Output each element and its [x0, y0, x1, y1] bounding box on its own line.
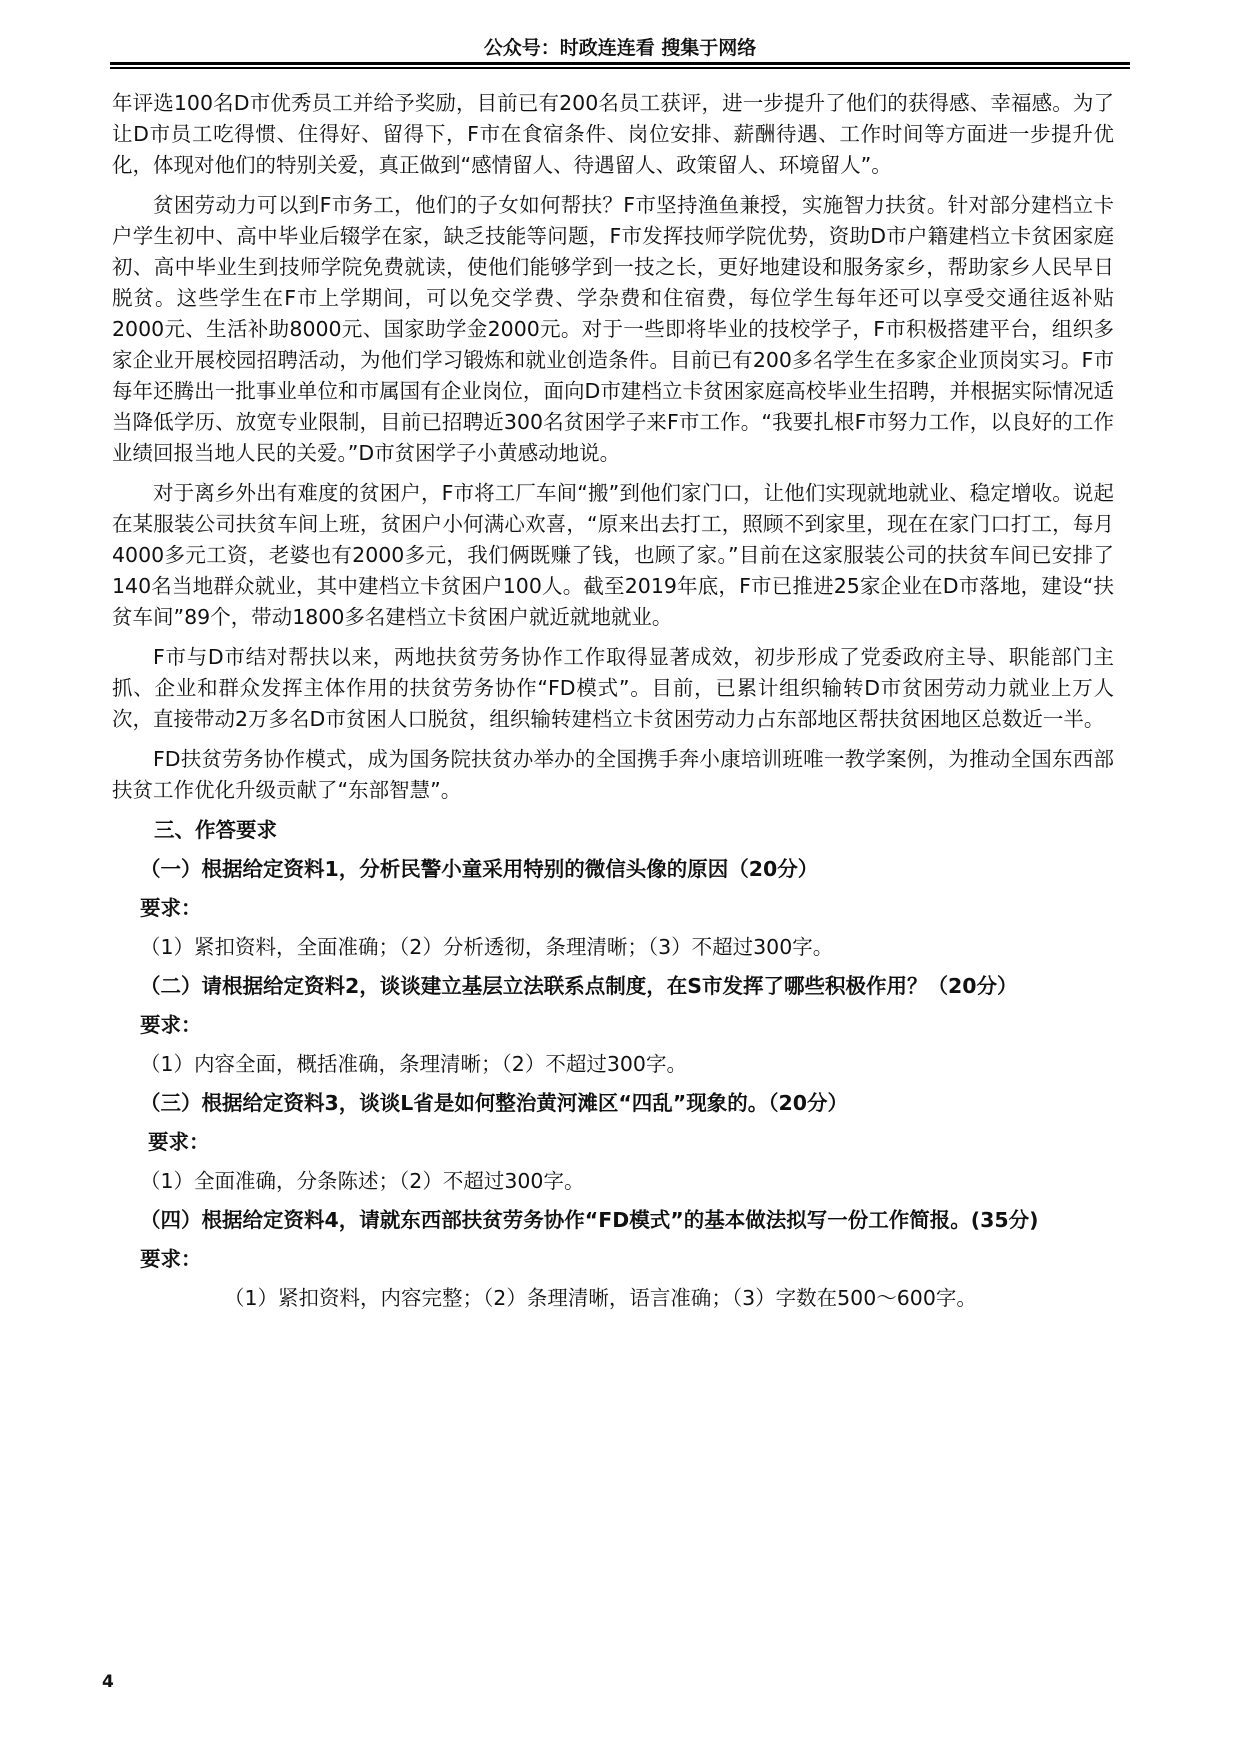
- requirement-text: （1）紧扣资料，全面准确；（2）分析透彻，条理清晰；（3）不超过300字。: [112, 932, 1114, 963]
- body-paragraph: FD扶贫劳务协作模式，成为国务院扶贫办举办的全国携手奔小康培训班唯一教学案例，为…: [112, 744, 1114, 806]
- section-heading: 三、作答要求: [112, 815, 1114, 846]
- question-title: （四）根据给定资料4，请就东西部扶贫劳务协作“FD模式”的基本做法拟写一份工作简…: [112, 1205, 1114, 1236]
- requirement-label: 要求：: [112, 1127, 1114, 1158]
- requirement-text: （1）紧扣资料，内容完整；（2）条理清晰，语言准确；（3）字数在500～600字…: [112, 1283, 1114, 1314]
- body-paragraph: 贫困劳动力可以到F市务工，他们的子女如何帮扶？F市坚持渔鱼兼授，实施智力扶贫。针…: [112, 190, 1114, 469]
- header-rule-thick: [110, 62, 1130, 65]
- requirement-label: 要求：: [112, 1010, 1114, 1041]
- body-paragraph: 对于离乡外出有难度的贫困户，F市将工厂车间“搬”到他们家门口，让他们实现就地就业…: [112, 478, 1114, 633]
- requirement-text: （1）内容全面，概括准确，条理清晰；（2）不超过300字。: [112, 1049, 1114, 1080]
- requirement-label: 要求：: [112, 1244, 1114, 1275]
- page-number: 4: [102, 1672, 114, 1692]
- body-paragraph: F市与D市结对帮扶以来，两地扶贫劳务协作工作取得显著成效，初步形成了党委政府主导…: [112, 642, 1114, 735]
- requirement-text: （1）全面准确，分条陈述；（2）不超过300字。: [112, 1166, 1114, 1197]
- question-title: （一）根据给定资料1，分析民警小童采用特别的微信头像的原因（20分）: [112, 854, 1114, 885]
- document-body: 年评选100名D市优秀员工并给予奖励，目前已有200名员工获评，进一步提升了他们…: [112, 88, 1114, 1322]
- header-rule-thin: [110, 67, 1130, 69]
- requirement-label: 要求：: [112, 893, 1114, 924]
- body-paragraph: 年评选100名D市优秀员工并给予奖励，目前已有200名员工获评，进一步提升了他们…: [112, 88, 1114, 181]
- page-header-title: 公众号：时政连连看 搜集于网络: [0, 33, 1240, 60]
- question-title: （三）根据给定资料3，谈谈L省是如何整治黄河滩区“四乱”现象的。（20分）: [112, 1088, 1114, 1119]
- question-title: （二）请根据给定资料2，谈谈建立基层立法联系点制度，在S市发挥了哪些积极作用？（…: [112, 971, 1114, 1002]
